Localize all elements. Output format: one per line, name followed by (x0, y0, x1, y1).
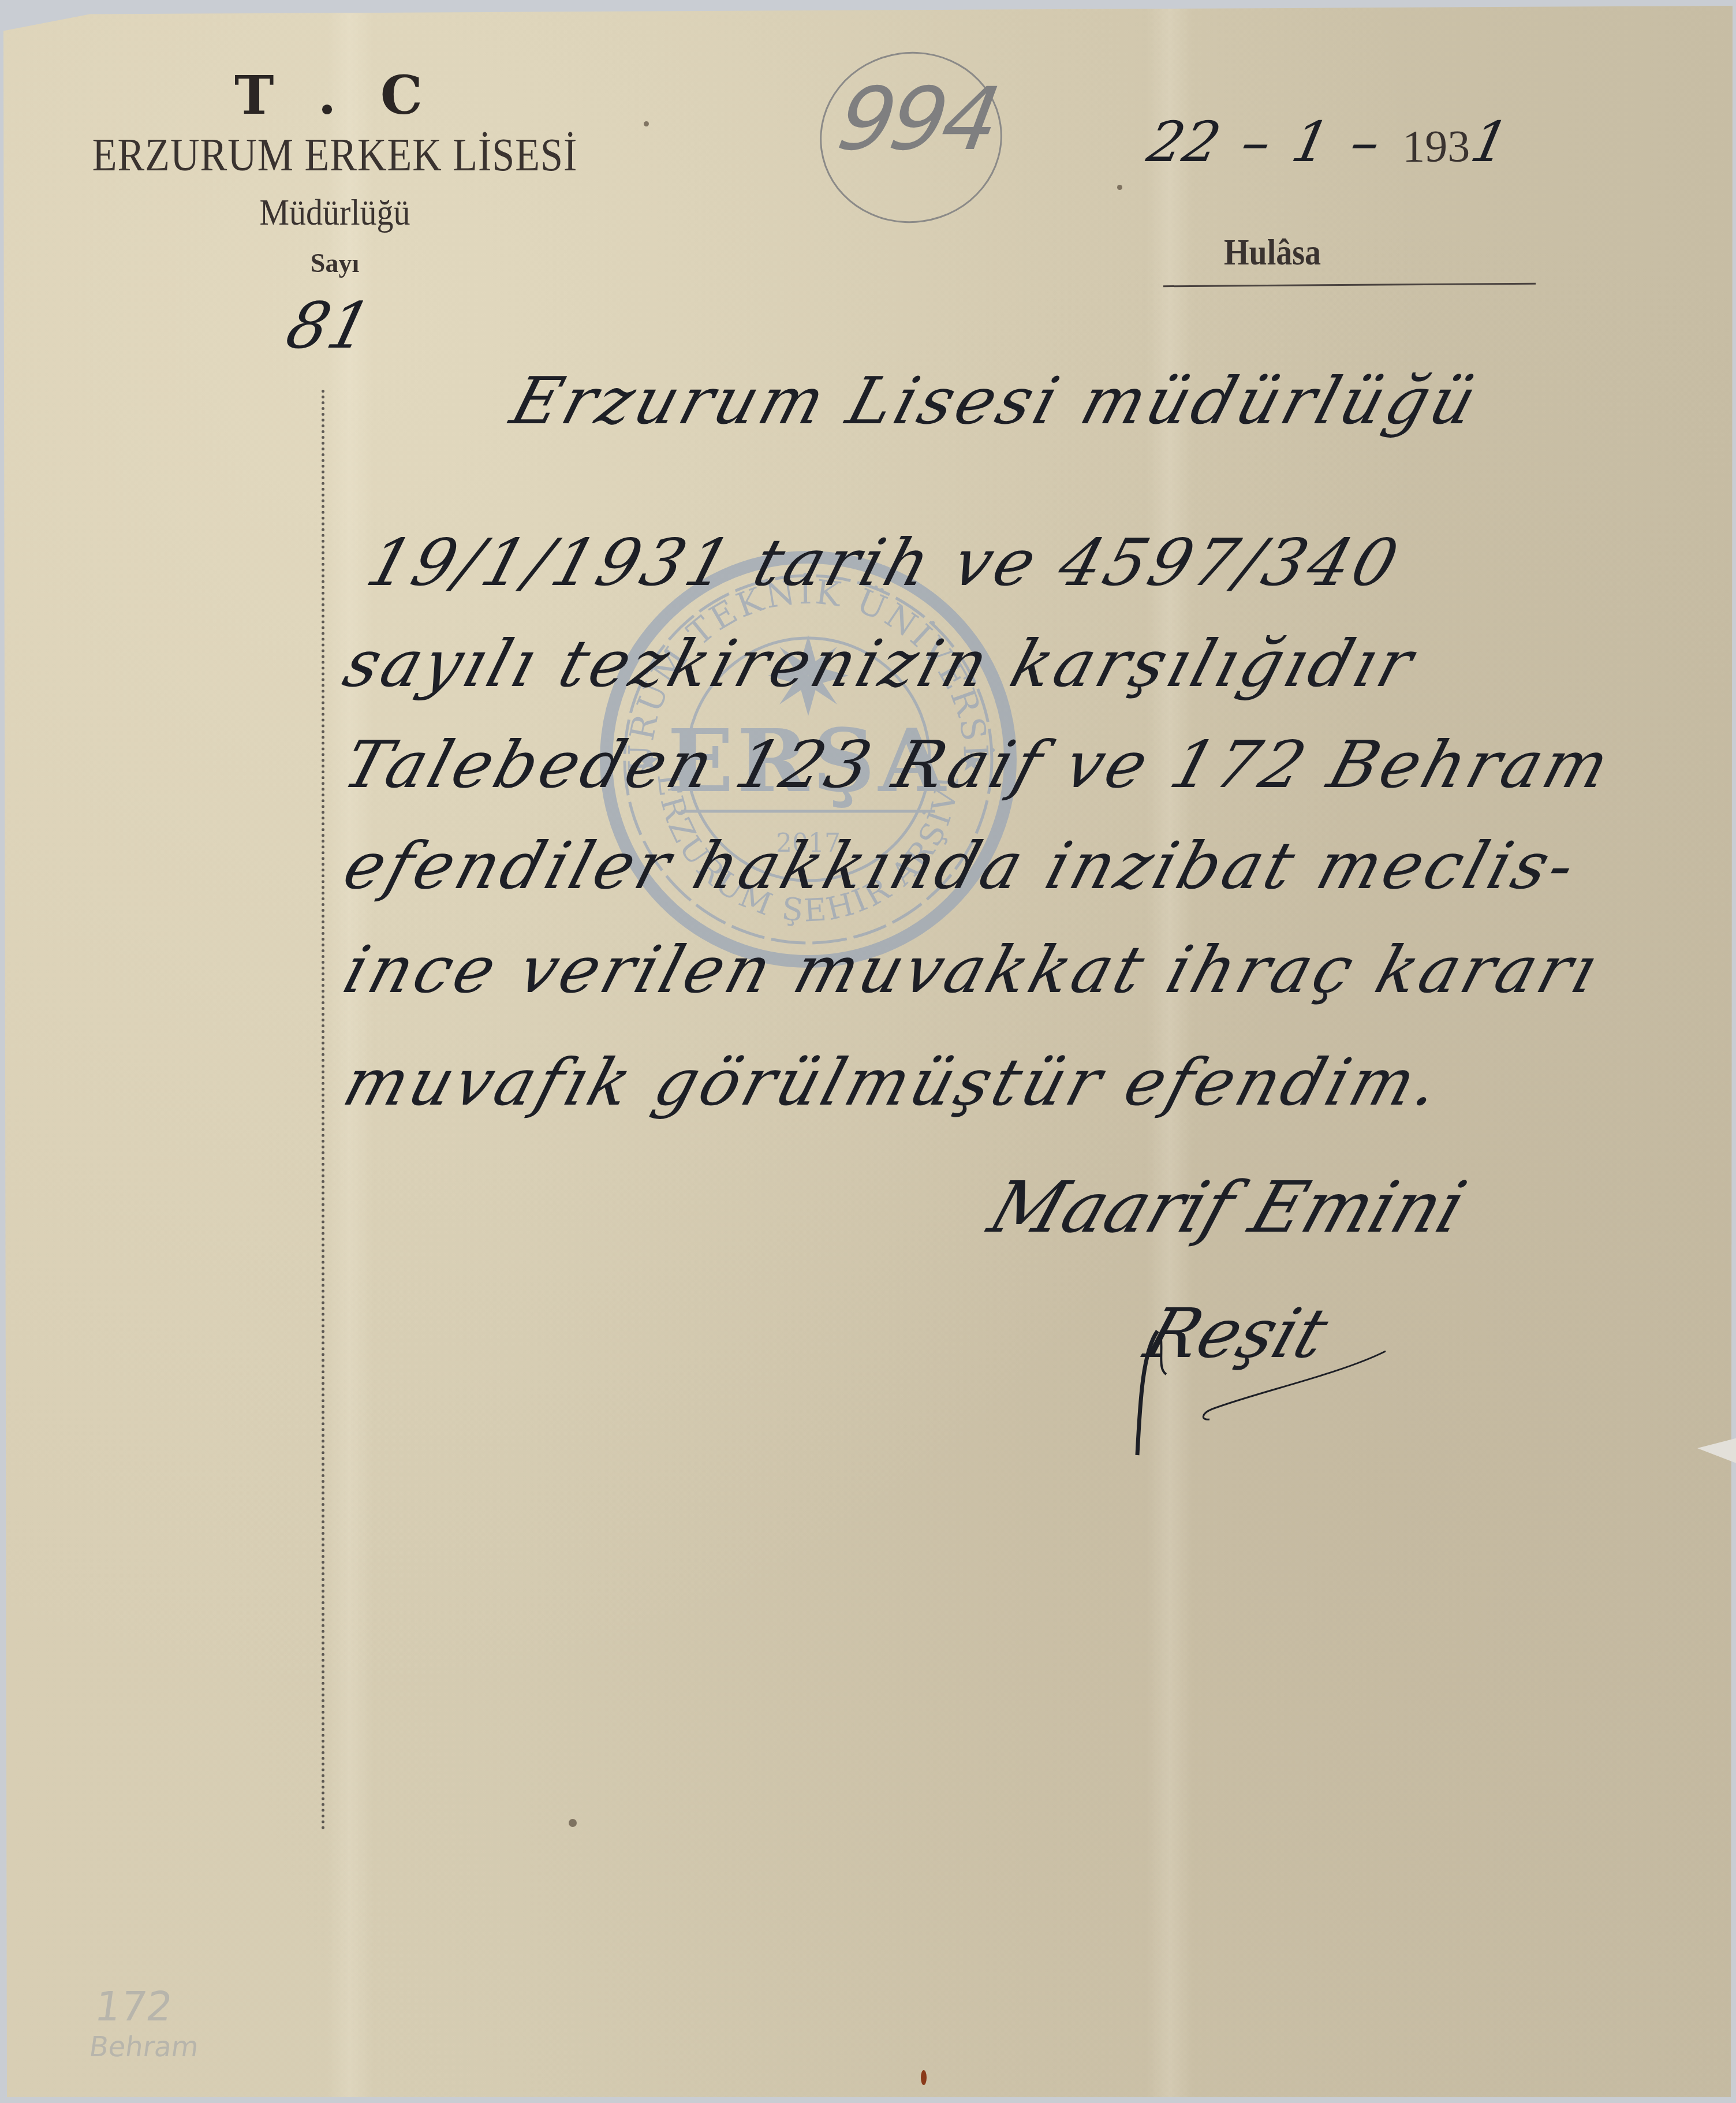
letterhead-school-name: ERZURUM ERKEK LİSESİ (35, 123, 635, 189)
body-line: efendiler hakkında inzibat meclis- (335, 829, 1586, 904)
body-line: Talebeden 123 Raif ve 172 Behram (335, 728, 1621, 803)
letterhead: T . C ERZURUM ERKEK LİSESİ Müdürlüğü Say… (35, 64, 635, 286)
letterhead-office: Müdürlüğü (35, 182, 635, 243)
pencil-note-line: Behram (87, 2027, 201, 2067)
summary-label: Hulâsa (1224, 231, 1321, 274)
body-line: Erzurum Lisesi müdürlüğü (503, 364, 1488, 439)
margin-dotted-line (322, 390, 324, 1830)
document-date: 22 – 1 – 193 1 (1149, 110, 1507, 174)
date-day: 22 (1142, 110, 1226, 174)
body-line: muvafık görülmüştür efendim. (335, 1045, 1451, 1120)
pencil-note: 172 Behram (87, 1986, 207, 2067)
body-line: ince verilen muvakkat ihraç kararı (335, 933, 1608, 1008)
letterhead-number-label: Sayı (35, 240, 635, 286)
date-year-handwritten: 1 (1465, 110, 1514, 174)
paper-speck (569, 1819, 577, 1827)
date-separator: – (1345, 110, 1386, 174)
date-year: 193 1 (1402, 110, 1507, 174)
paper-speck (1117, 185, 1122, 190)
body-line: 19/1/1931 tarih ve 4597/340 (359, 525, 1409, 601)
body-line: sayılı tezkirenizin karşılığıdır (335, 627, 1424, 702)
date-year-printed: 193 (1402, 120, 1470, 172)
pencil-note-line: 172 (92, 1986, 207, 2027)
signature-title: Maarif Emini (980, 1166, 1476, 1248)
rust-spot (921, 2070, 927, 2085)
date-separator: – (1235, 110, 1277, 174)
paper-speck (644, 121, 649, 126)
date-month: 1 (1286, 110, 1335, 174)
letterhead-tc: T . C (35, 64, 635, 127)
signature-flourish-icon (1039, 1282, 1443, 1467)
archive-pencil-number: 994 (831, 69, 1004, 170)
